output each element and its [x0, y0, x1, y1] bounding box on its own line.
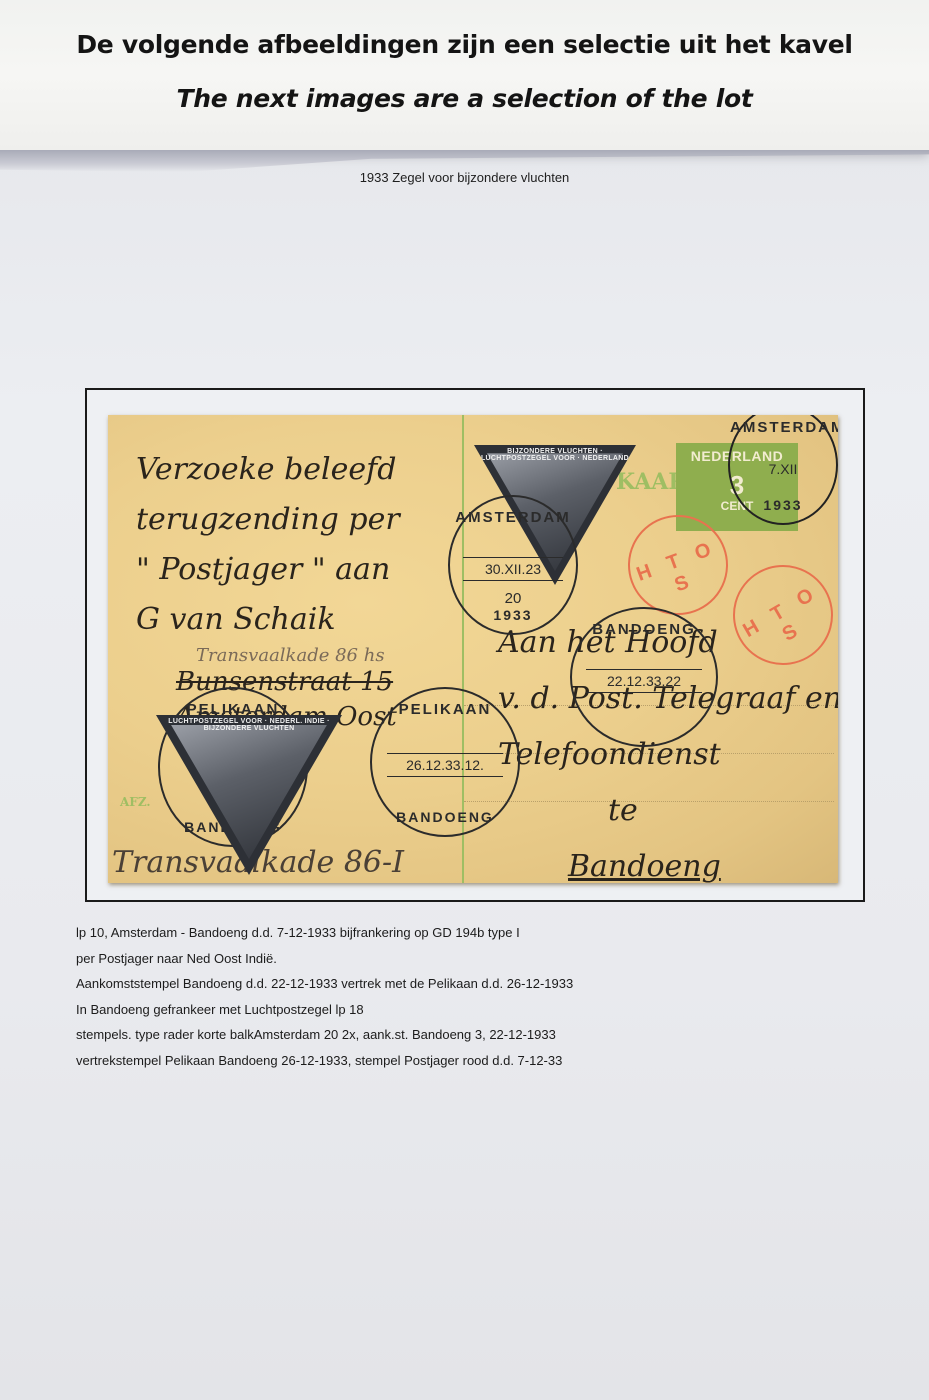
- postcard-image: KAART AFZ. NEDERLAND 3 CENT Verzoeke bel…: [108, 415, 838, 883]
- postmark-town: AMSTERDAM: [730, 419, 836, 436]
- handwriting-line: te: [498, 783, 838, 839]
- stamp-text: BIJZONDERE VLUCHTEN · LUCHTPOSTZEGEL VOO…: [474, 448, 636, 462]
- handwritten-sender-text: Verzoeke beleefd terugzending per " Post…: [136, 445, 400, 737]
- postmark-town: PELIKAAN: [372, 701, 518, 718]
- printed-afz-label: AFZ.: [120, 795, 151, 809]
- pelikaan-postmark: PELIKAAN 26.12.33.12. BANDOENG: [370, 687, 520, 837]
- header-banner: De volgende afbeeldingen zijn een select…: [0, 0, 929, 150]
- banner-title-dutch: De volgende afbeeldingen zijn een select…: [0, 30, 929, 59]
- postmark-date: 26.12.33.12.: [387, 753, 504, 777]
- postmark-town: AMSTERDAM: [450, 509, 576, 526]
- stamp-text: LUCHTPOSTZEGEL VOOR · NEDERL. INDIE · BI…: [156, 718, 342, 732]
- postmark-date: 30.XII.23: [463, 557, 564, 581]
- handwriting-line: Transvaalkade 86 hs: [136, 645, 400, 667]
- postmark-date: 22.12.33.22: [586, 669, 701, 693]
- handwriting-line: Verzoeke beleefd: [136, 445, 400, 495]
- postmark-bottom-text: BANDOENG: [372, 809, 518, 825]
- postmark-town: BANDOENG: [572, 621, 716, 638]
- amsterdam-indicium-postmark: AMSTERDAM 7.XII 1933: [728, 415, 838, 525]
- bandoeng-arrival-postmark: BANDOENG 22.12.33.22: [570, 607, 718, 747]
- description-line: stempels. type rader korte balkAmsterdam…: [76, 1022, 573, 1048]
- lot-description: lp 10, Amsterdam - Bandoeng d.d. 7-12-19…: [76, 920, 573, 1073]
- postmark-date: 7.XII: [741, 458, 826, 480]
- description-line: vertrekstempel Pelikaan Bandoeng 26-12-1…: [76, 1048, 573, 1074]
- postmark-letters: H T O S: [628, 534, 734, 610]
- description-line: Aankomststempel Bandoeng d.d. 22-12-1933…: [76, 971, 573, 997]
- banner-title-english: The next images are a selection of the l…: [0, 84, 929, 113]
- handwriting-line: Bunsenstraat 15: [136, 667, 400, 697]
- handwriting-line: G van Schaik: [136, 595, 400, 645]
- postmark-year: 1933: [730, 497, 836, 513]
- handwriting-line: terugzending per: [136, 495, 400, 545]
- postmark-year: 1933: [450, 607, 576, 623]
- description-line: In Bandoeng gefrankeer met Luchtpostzege…: [76, 997, 573, 1023]
- handwriting-line: " Postjager " aan: [136, 545, 400, 595]
- banner-shadow: [0, 150, 929, 172]
- amsterdam-postmark: AMSTERDAM 30.XII.23 20 1933: [448, 495, 578, 635]
- handwriting-line: Bandoeng: [498, 839, 838, 883]
- page-subtitle: 1933 Zegel voor bijzondere vluchten: [0, 170, 929, 185]
- description-line: lp 10, Amsterdam - Bandoeng d.d. 7-12-19…: [76, 920, 573, 946]
- description-line: per Postjager naar Ned Oost Indië.: [76, 946, 573, 972]
- postmark-number: 20: [450, 590, 576, 607]
